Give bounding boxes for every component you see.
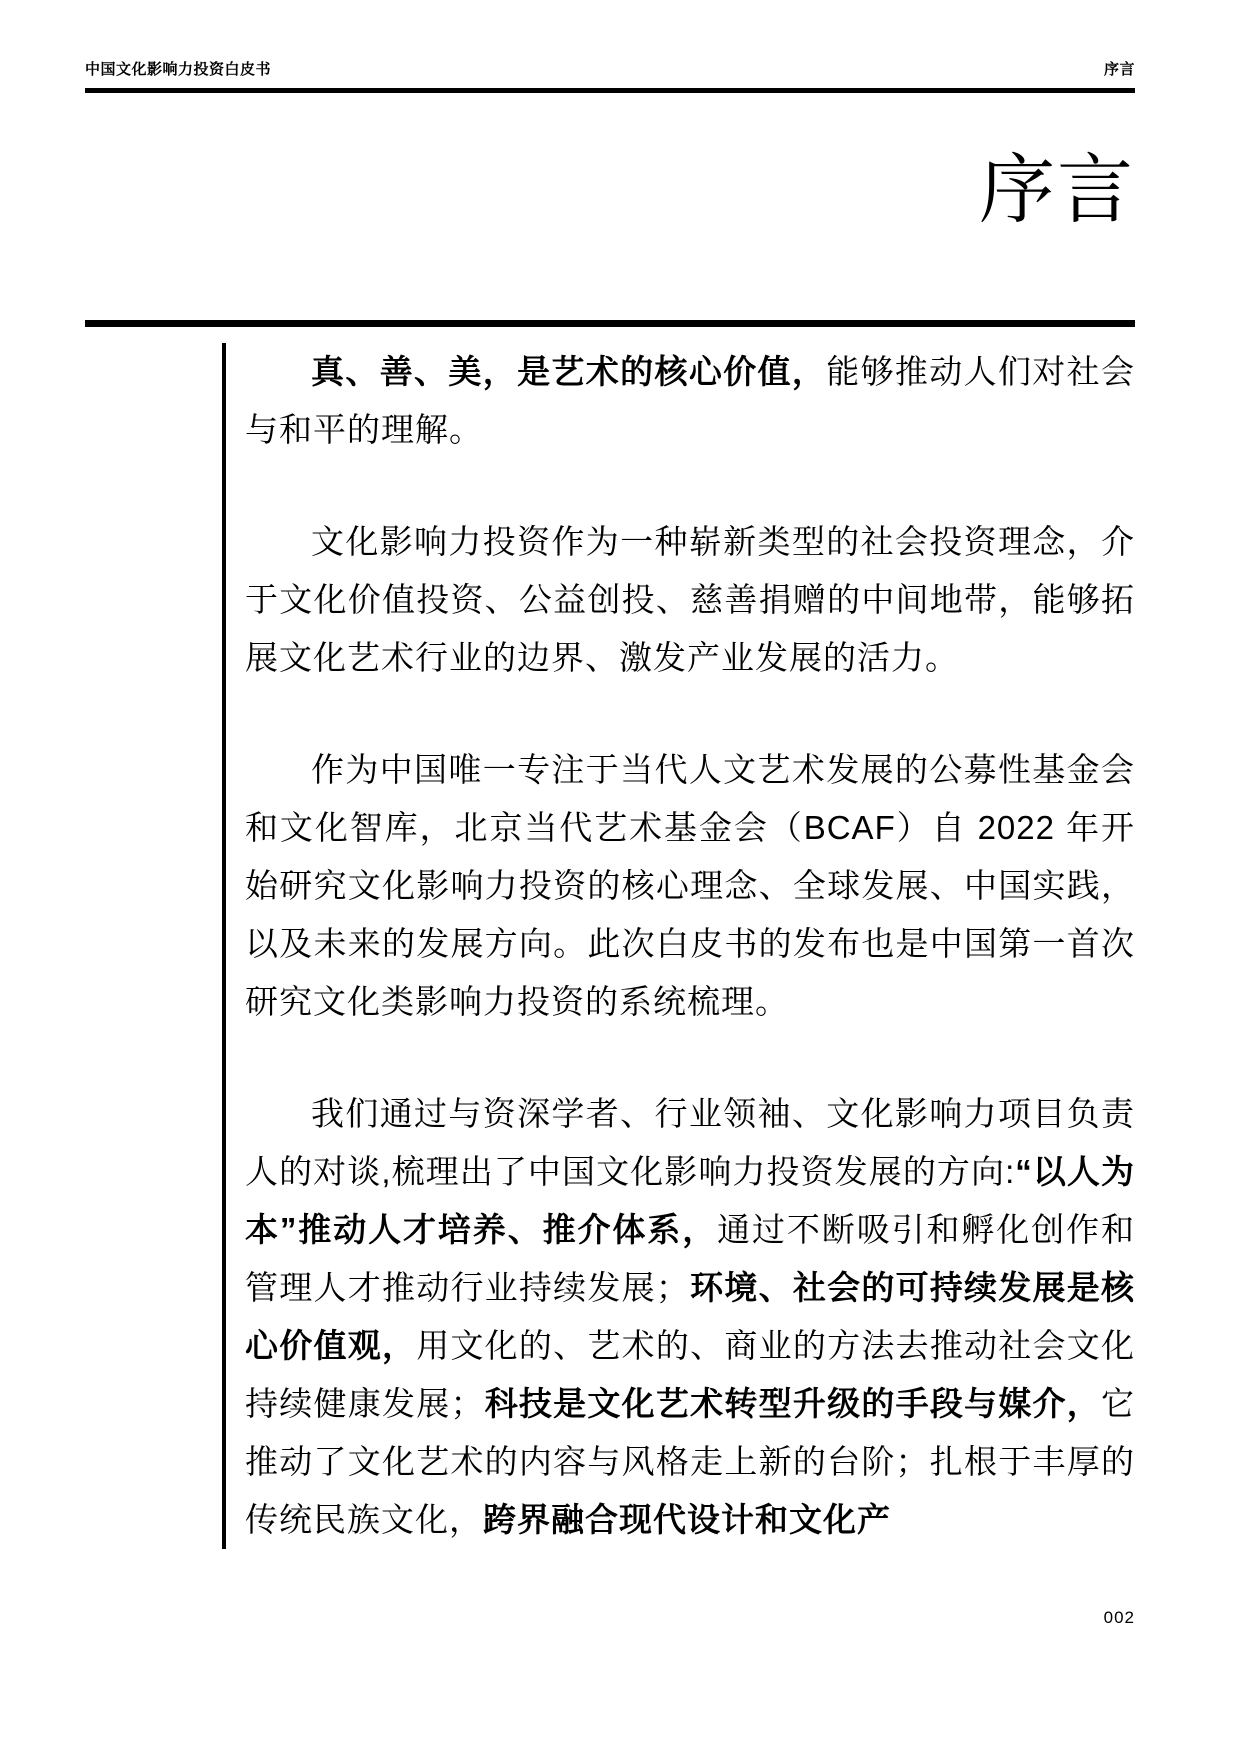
body-text: 文化影响力投资作为一种崭新类型的社会投资理念，介于文化价值投资、公益创投、慈善捐… — [245, 523, 1135, 676]
paragraph: 作为中国唯一专注于当代人文艺术发展的公募性基金会和文化智库，北京当代艺术基金会（… — [245, 741, 1135, 1031]
paragraph: 文化影响力投资作为一种崭新类型的社会投资理念，介于文化价值投资、公益创投、慈善捐… — [245, 513, 1135, 687]
emphasis-text: 跨界融合现代设计和文化产 — [483, 1501, 891, 1538]
header-section-label: 序言 — [1104, 58, 1135, 79]
page-content: 中国文化影响力投资白皮书 序言 序言 真、善、美，是艺术的核心价值，能够推动人们… — [0, 0, 1240, 1549]
body-text: 作为中国唯一专注于当代人文艺术发展的公募性基金会和文化智库，北京当代艺术基金会（… — [245, 751, 1135, 1020]
paragraph: 真、善、美，是艺术的核心价值，能够推动人们对社会与和平的理解。 — [245, 343, 1135, 459]
page-header: 中国文化影响力投资白皮书 序言 — [85, 0, 1135, 79]
emphasis-text: 真、善、美，是艺术的核心价值， — [311, 353, 826, 390]
title-rule — [85, 320, 1135, 327]
page-title: 序言 — [85, 147, 1135, 234]
header-document-title: 中国文化影响力投资白皮书 — [85, 58, 271, 79]
emphasis-text: 科技是文化艺术转型升级的手段与媒介， — [484, 1385, 1101, 1422]
body-text-block: 真、善、美，是艺术的核心价值，能够推动人们对社会与和平的理解。文化影响力投资作为… — [222, 343, 1135, 1549]
body-text: 我们通过与资深学者、行业领袖、文化影响力项目负责人的对谈,梳理出了中国文化影响力… — [245, 1095, 1135, 1190]
paragraph: 我们通过与资深学者、行业领袖、文化影响力项目负责人的对谈,梳理出了中国文化影响力… — [245, 1085, 1135, 1549]
page-number: 002 — [1104, 1608, 1135, 1628]
document-page: 中国文化影响力投资白皮书 序言 序言 真、善、美，是艺术的核心价值，能够推动人们… — [0, 0, 1240, 1754]
header-rule — [85, 88, 1135, 93]
